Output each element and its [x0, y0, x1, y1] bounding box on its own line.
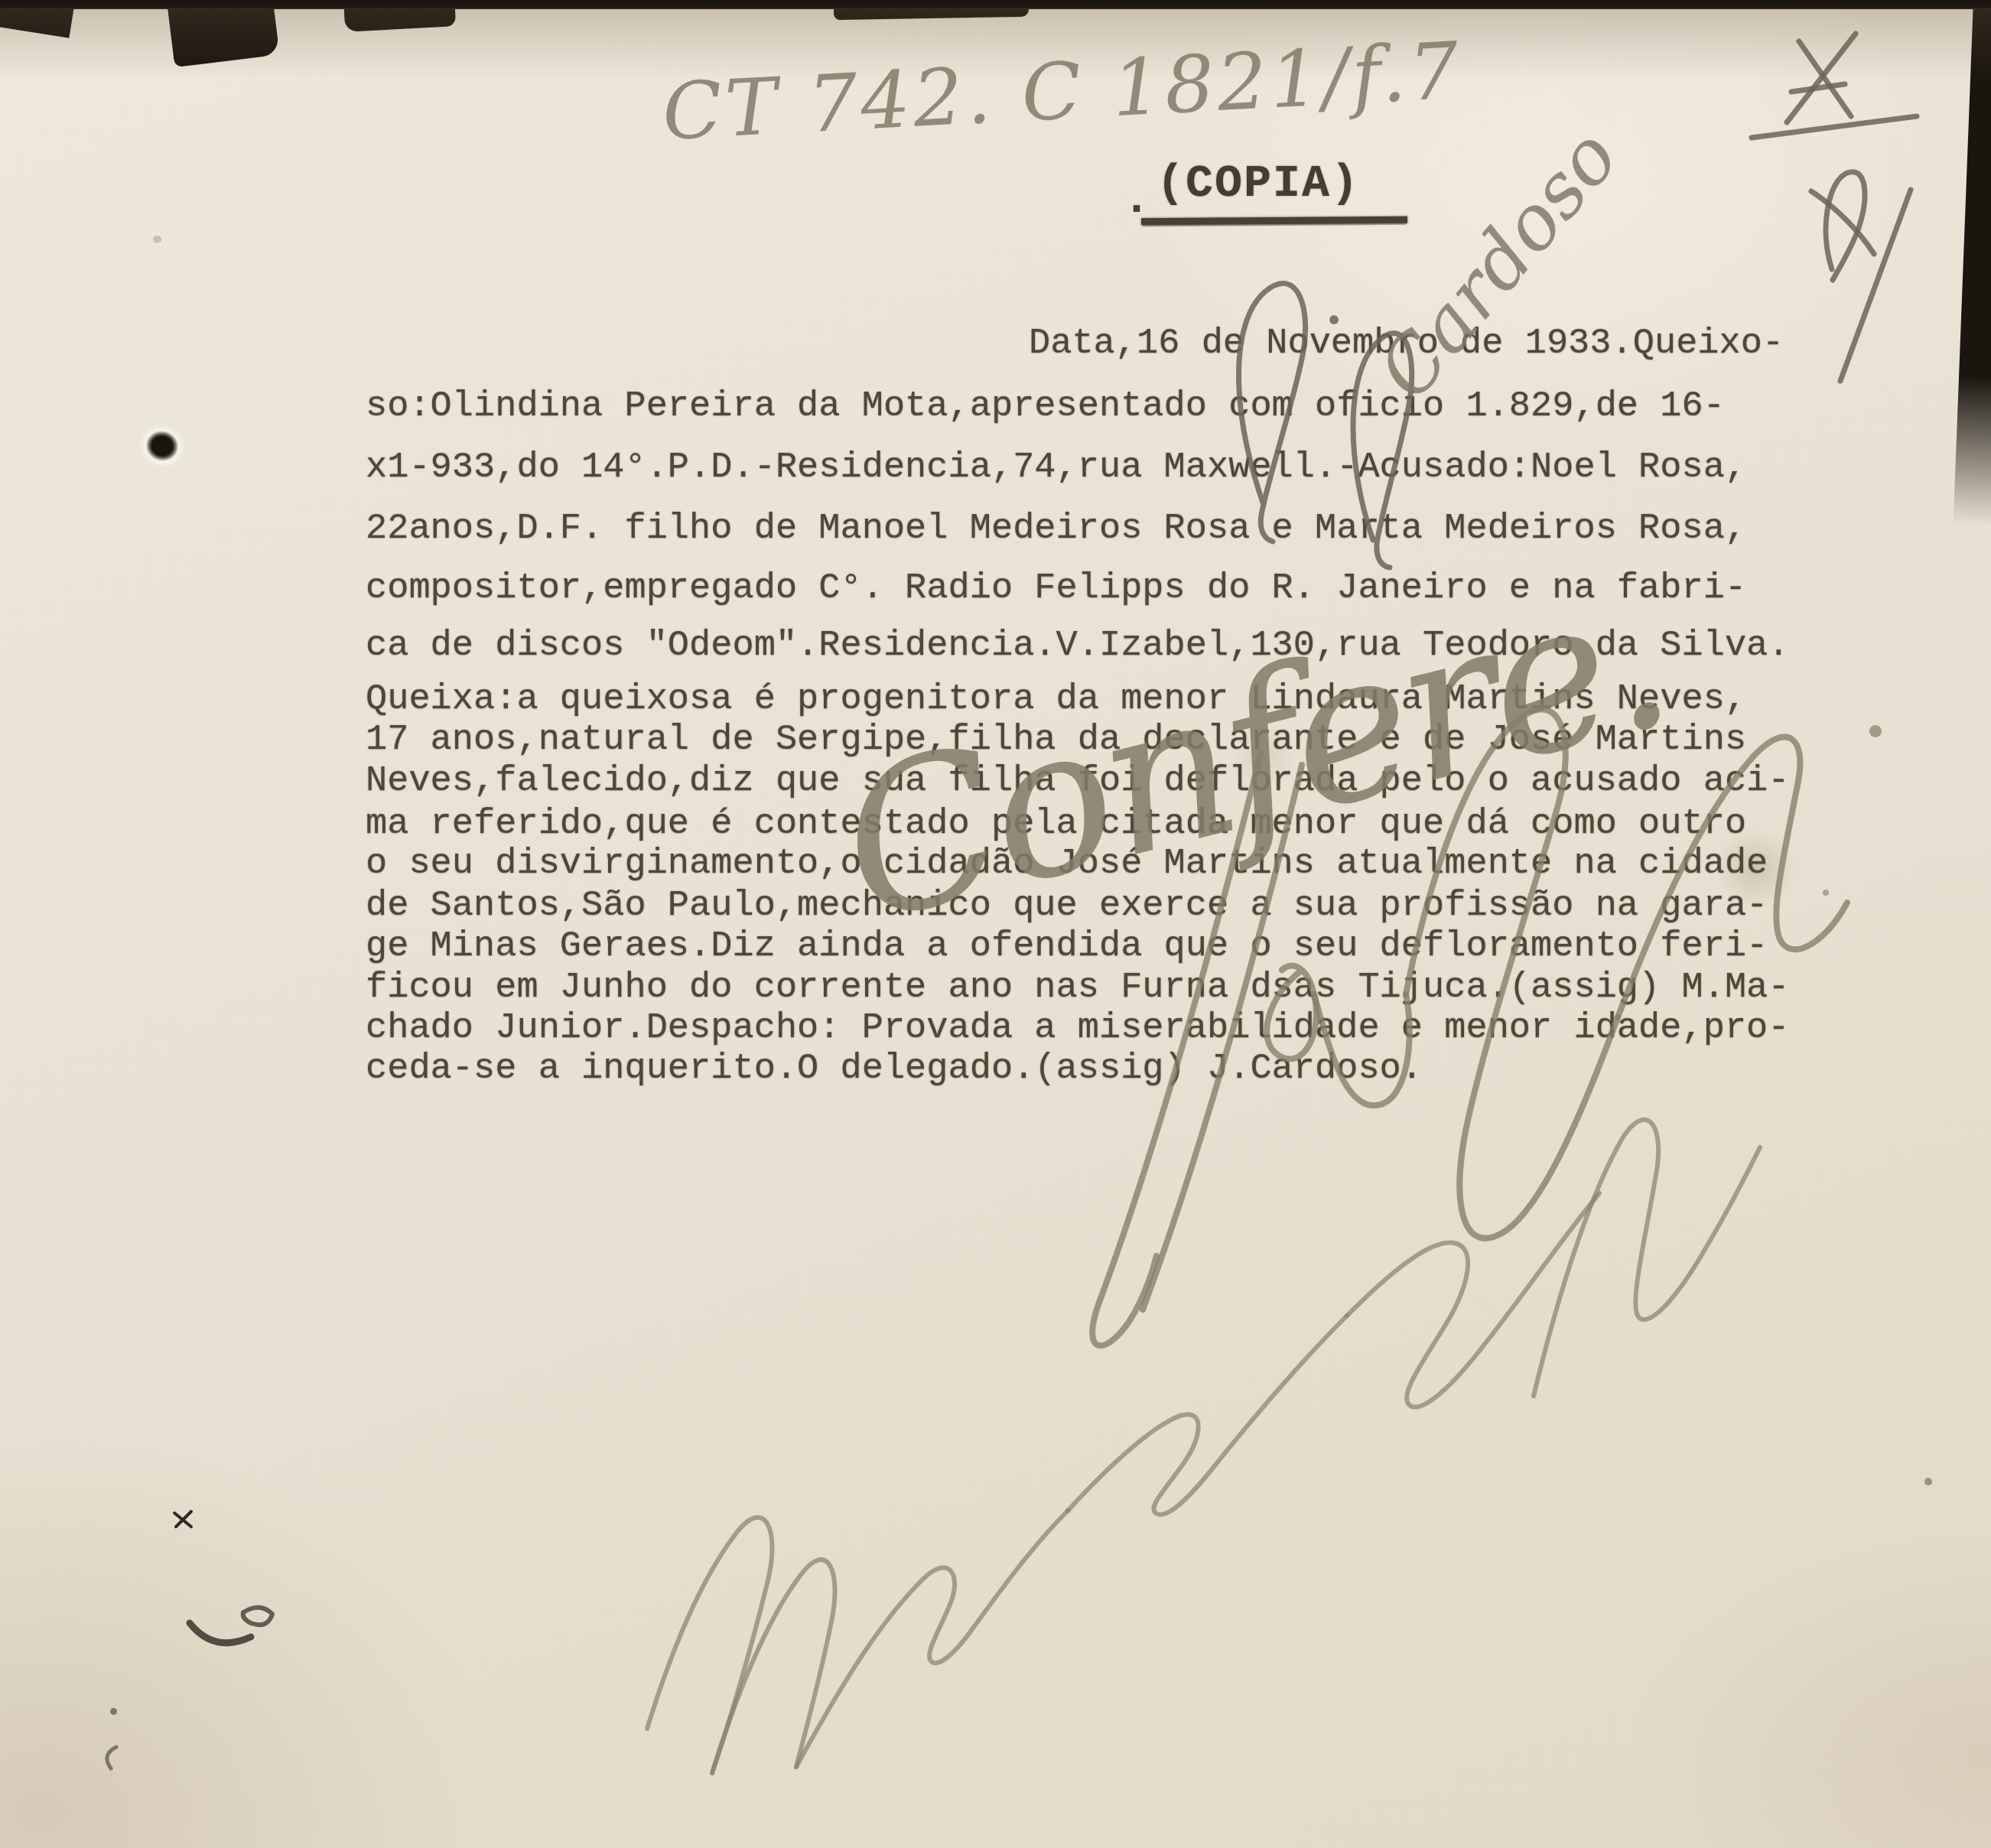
page-number-scribble — [1752, 34, 1917, 381]
handwriting-layer: CT 742. C 1821/f.7 Cardoso Confere. — [0, 0, 1991, 1848]
confere-note: Confere. — [819, 538, 1687, 968]
paper-damage-marks — [107, 1511, 272, 1768]
archival-code-annotation: CT 742. C 1821/f.7 — [660, 25, 1464, 158]
examiner-signature: Cardoso — [1238, 112, 1635, 568]
document-page: . (COPIA) Data,16 de Novembro de 1933.Qu… — [0, 0, 1991, 1848]
clerk-diagonal-signature — [647, 1120, 1760, 1773]
examiner-signature-name: Cardoso — [1361, 112, 1635, 416]
